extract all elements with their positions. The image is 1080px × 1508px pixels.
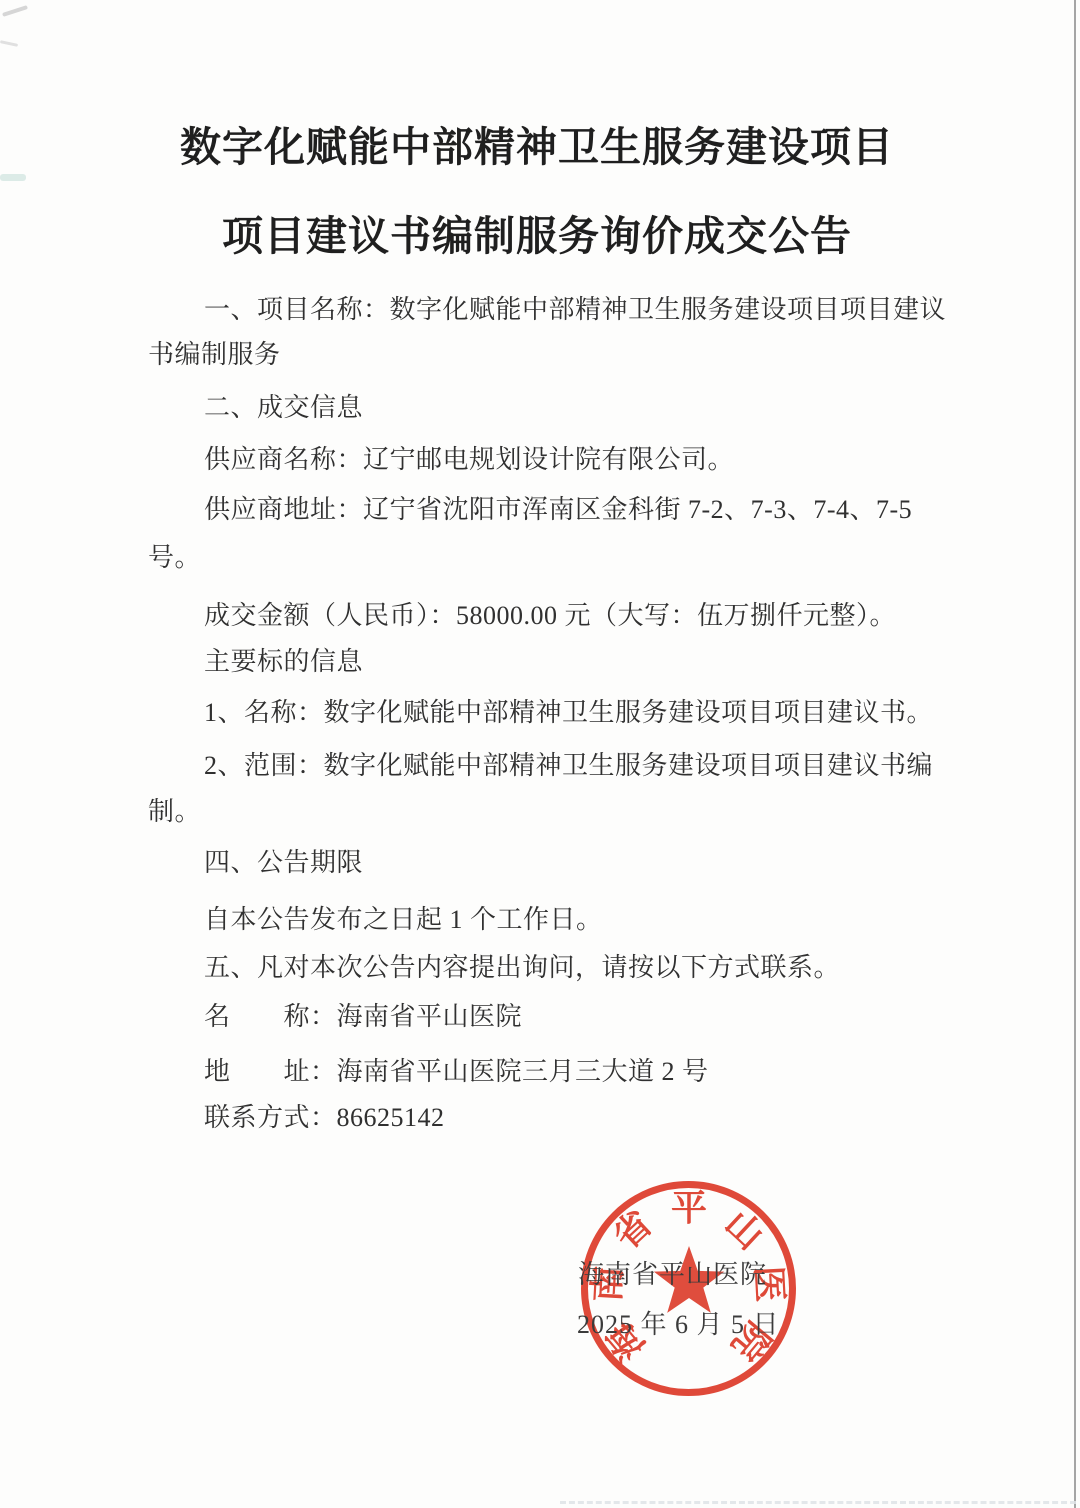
signature-org-name: 海南省平山医院 [578, 1259, 767, 1291]
body-line: 二、成交信息 [204, 393, 363, 423]
document-title-line-1: 数字化赋能中部精神卫生服务建设项目 [0, 121, 1074, 173]
body-line: 一、项目名称：数字化赋能中部精神卫生服务建设项目项目建议 [204, 295, 946, 325]
scan-streak [0, 174, 26, 181]
body-line: 1、名称：数字化赋能中部精神卫生服务建设项目项目建议书。 [204, 698, 933, 728]
body-line: 主要标的信息 [204, 647, 363, 677]
scan-smudge [2, 5, 28, 17]
body-line: 供应商名称：辽宁邮电规划设计院有限公司。 [204, 445, 734, 475]
scan-bottom-marks [560, 1501, 1076, 1504]
body-line: 自本公告发布之日起 1 个工作日。 [204, 905, 603, 935]
body-line: 地 址：海南省平山医院三月三大道 2 号 [204, 1057, 709, 1087]
body-line: 2、范围：数字化赋能中部精神卫生服务建设项目项目建议书编 [204, 751, 933, 781]
body-line: 四、公告期限 [204, 848, 363, 878]
document-page: 数字化赋能中部精神卫生服务建设项目 项目建议书编制服务询价成交公告 一、项目名称… [0, 0, 1080, 1508]
body-line: 书编制服务 [148, 340, 281, 370]
signature-date: 2025 年 6 月 5 日 [577, 1309, 780, 1341]
body-line: 供应商地址：辽宁省沈阳市浑南区金科街 7-2、7-3、7-4、7-5 [204, 495, 912, 525]
body-line: 联系方式：86625142 [204, 1103, 445, 1133]
body-line: 制。 [148, 797, 201, 827]
scan-smudge [0, 40, 18, 47]
body-line: 名 称：海南省平山医院 [204, 1002, 522, 1032]
document-title-line-2: 项目建议书编制服务询价成交公告 [0, 210, 1074, 262]
body-line: 五、凡对本次公告内容提出询问，请按以下方式联系。 [204, 953, 840, 983]
scan-edge-line [1074, 0, 1076, 1508]
body-line: 成交金额（人民币）：58000.00 元（大写：伍万捌仟元整）。 [204, 601, 896, 631]
body-line: 号。 [148, 543, 201, 573]
seal-arc-char: 平 [670, 1189, 708, 1227]
